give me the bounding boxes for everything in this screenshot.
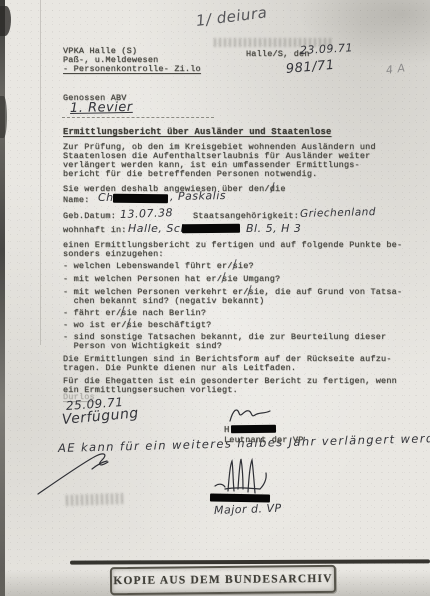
faint-stamp-imprint-bottom	[66, 493, 126, 506]
file-number-handwritten: 981/71	[285, 58, 335, 77]
point-line: chen bekannt sind? (negativ bekannt)	[63, 297, 264, 306]
task-line: sonders einzugehen:	[63, 250, 164, 259]
redaction-bar-name	[113, 194, 168, 204]
paraph-scribble	[36, 446, 126, 496]
signature-scribble-major	[212, 455, 274, 497]
name-label: Name:	[63, 196, 90, 205]
scan-bottom-line	[70, 559, 430, 564]
signature-rank-typed: Leutnant der VP	[224, 436, 304, 445]
bundesarchiv-stamp: KOPIE AUS DEM BUNDESARCHIV	[110, 565, 336, 595]
scan-edge-shadow	[0, 0, 5, 596]
scan-edge-artifact	[0, 96, 7, 138]
redaction-bar-residence	[182, 224, 240, 234]
date-handwritten: 23.09.71	[300, 41, 354, 57]
birth-value-handwritten: 13.07.38	[120, 206, 173, 221]
paper-fold-line	[40, 0, 41, 345]
sender-line-3: - Personenkontrolle- Zi.lo	[63, 65, 201, 74]
birth-label: Geb.Datum:	[63, 212, 116, 221]
signature-visible-letter: H	[224, 426, 230, 435]
scan-corner-artifact	[0, 6, 11, 36]
fill-in-dashed-line	[62, 117, 214, 118]
redaction-bar-signature-2	[210, 493, 270, 502]
recipient-unit-handwritten: 1. Revier	[70, 100, 133, 116]
point-line: - welchen Lebenswandel führt er/sie?	[63, 262, 254, 271]
signature-rank-handwritten: Major d. VP	[214, 502, 282, 517]
point-line: - wo ist er/sie beschäftigt?	[63, 321, 211, 330]
nationality-value-handwritten: Griechenland	[300, 206, 376, 220]
scanned-document-page: { "colors": { "paper": "#e9e7e2", "typed…	[0, 0, 430, 596]
intro-line: bericht für die betreffenden Personen no…	[63, 170, 317, 179]
bundesarchiv-stamp-label: KOPIE AUS DEM BUNDESARCHIV	[113, 573, 333, 587]
point-line: - mit welchen Personen hat er/sie Umgang…	[63, 275, 280, 284]
residence-handwritten-suffix: Bl. 5, H 3	[246, 222, 301, 235]
redaction-bar-signature-1	[231, 425, 276, 434]
corner-mark-handwritten: 4 A	[385, 61, 406, 77]
name-handwritten-prefix: Ch	[98, 191, 114, 204]
nationality-label: Staatsangehörigkeit:	[193, 212, 299, 221]
closing-line: tragen. Die Punkte dienen nur als Leitfa…	[63, 364, 296, 373]
signature-scribble-lieutenant	[226, 406, 274, 424]
point-line: Person von Wichtigkeit sind?	[63, 342, 222, 351]
top-margin-handwritten-note: 1/ deiura	[195, 3, 268, 30]
point-line: - fährt er/sie nach Berlin?	[63, 309, 206, 318]
name-handwritten-suffix: , Paskalis	[170, 189, 226, 203]
residence-handwritten-prefix: Halle, Sch	[128, 222, 188, 235]
report-title: Ermittlungsbericht über Ausländer und St…	[63, 128, 331, 137]
residence-label: wohnhaft in:	[63, 226, 127, 235]
